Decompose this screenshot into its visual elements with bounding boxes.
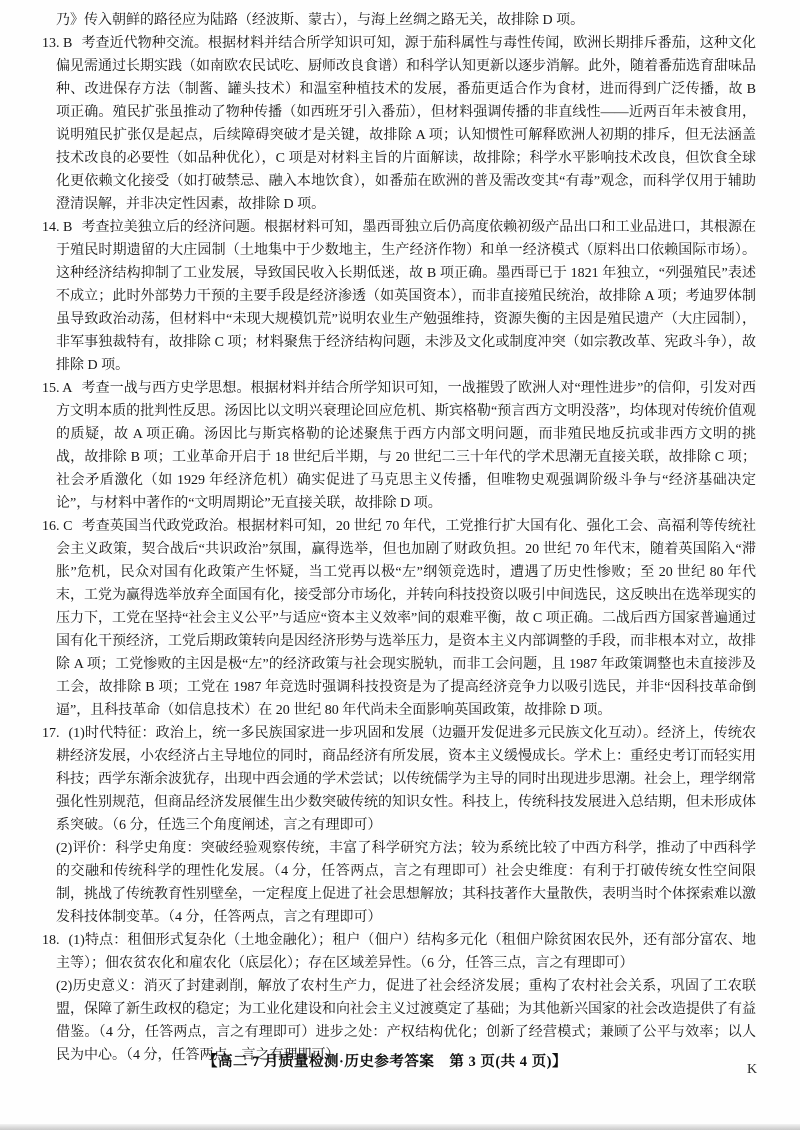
scan-edge	[0, 1124, 800, 1130]
answer-number: 15. A	[42, 381, 72, 396]
footer-text: 【高二 7 月质量检测·历史参考答案 第 3 页(共 4 页)】	[0, 1050, 770, 1071]
page-corner-mark: K	[747, 1062, 757, 1078]
answer-item-15: 15. A考查一战与西方史学思想。根据材料并结合所学知识可知，一战摧毁了欧洲人对…	[42, 377, 756, 515]
answer-text: 考查拉美独立后的经济问题。根据材料可知，墨西哥独立后仍高度依赖初级产品出口和工业…	[56, 220, 756, 373]
answer-item-17-part2: (2)评价：科学史角度：突破经验观察传统，丰富了科学研究方法；较为系统比较了中西…	[42, 837, 756, 929]
answer-text: (1)时代特征：政治上，统一多民族国家进一步巩固和发展（边疆开发促进多元民族文化…	[56, 726, 756, 833]
answer-number: 14. B	[42, 220, 72, 235]
answer-text: 乃》传入朝鲜的路径应为陆路（经波斯、蒙古），与海上丝绸之路无关，故排除 D 项。	[56, 13, 584, 28]
answer-item-14: 14. B考查拉美独立后的经济问题。根据材料可知，墨西哥独立后仍高度依赖初级产品…	[42, 216, 756, 377]
answer-text: (2)评价：科学史角度：突破经验观察传统，丰富了科学研究方法；较为系统比较了中西…	[56, 841, 756, 925]
answer-text: 考查一战与西方史学思想。根据材料并结合所学知识可知，一战摧毁了欧洲人对“理性进步…	[56, 381, 756, 511]
answer-number: 17.	[42, 726, 60, 741]
answer-number: 13. B	[42, 36, 72, 51]
answer-text: 考查英国当代政党政治。根据材料可知，20 世纪 70 年代，工党推行扩大国有化、…	[56, 519, 756, 718]
answer-content: 乃》传入朝鲜的路径应为陆路（经波斯、蒙古），与海上丝绸之路无关，故排除 D 项。…	[42, 9, 756, 1067]
answer-text: (1)特点：租佃形式复杂化（土地金融化）；租户（佃户）结构多元化（租佃户除贫困农…	[56, 933, 756, 971]
answer-item-17-part1: 17.(1)时代特征：政治上，统一多民族国家进一步巩固和发展（边疆开发促进多元民…	[42, 722, 756, 837]
answer-item-18-part1: 18.(1)特点：租佃形式复杂化（土地金融化）；租户（佃户）结构多元化（租佃户除…	[42, 929, 756, 975]
answer-item-13: 13. B考查近代物种交流。根据材料并结合所学知识可知，源于茄科属性与毒性传闻，…	[42, 32, 756, 216]
answer-text: 考查近代物种交流。根据材料并结合所学知识可知，源于茄科属性与毒性传闻，欧洲长期排…	[56, 36, 756, 212]
continuation-paragraph: 乃》传入朝鲜的路径应为陆路（经波斯、蒙古），与海上丝绸之路无关，故排除 D 项。	[42, 9, 756, 32]
answer-number: 16. C	[42, 519, 72, 534]
answer-item-16: 16. C考查英国当代政党政治。根据材料可知，20 世纪 70 年代，工党推行扩…	[42, 515, 756, 722]
answer-sheet-page: 乃》传入朝鲜的路径应为陆路（经波斯、蒙古），与海上丝绸之路无关，故排除 D 项。…	[0, 0, 800, 1130]
answer-number: 18.	[42, 933, 60, 948]
